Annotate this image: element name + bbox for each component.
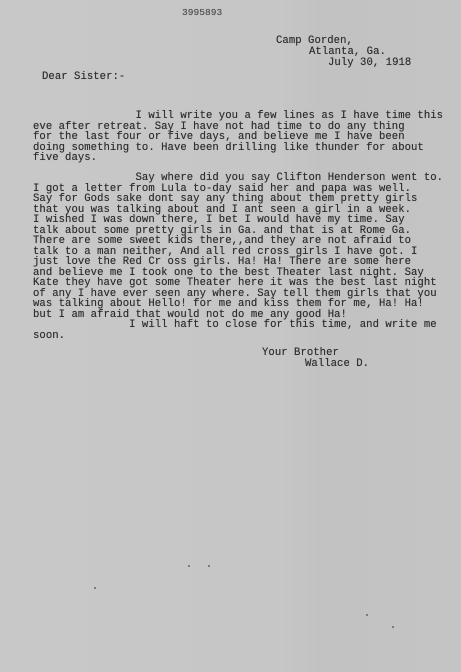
body-line: was talking about Hello! for me and kiss… (33, 299, 424, 310)
signature: Wallace D. (305, 359, 369, 370)
letter-page: 3995893 Camp Gorden, Atlanta, Ga. July 3… (0, 0, 461, 672)
body-line: I will write you a few lines as I have t… (33, 111, 443, 122)
body-line: for the last four or five days, and beli… (33, 132, 405, 143)
paper-speck (94, 587, 96, 589)
paper-speck (392, 626, 394, 628)
paper-speck (188, 565, 190, 567)
body-line: soon. (33, 331, 65, 342)
paper-speck (208, 565, 210, 567)
body-line: five days. (33, 153, 97, 164)
closing-phrase: Your Brother (262, 348, 339, 359)
body-line: Say for Gods sake dont say any thing abo… (33, 194, 417, 205)
body-line: Say where did you say Clifton Henderson … (33, 173, 443, 184)
address-line-city: Atlanta, Ga. (309, 47, 386, 58)
body-line: There are some sweet kids there,,and the… (33, 236, 411, 247)
paper-speck (366, 614, 368, 616)
address-line-camp: Camp Gorden, (276, 36, 353, 47)
body-line: I will haft to close for this time, and … (33, 320, 437, 331)
letter-date: July 30, 1918 (328, 58, 411, 69)
body-line: Kate they have got some Theater here it … (33, 278, 437, 289)
body-line: just love the Red Cr oss girls. Ha! Ha! … (33, 257, 411, 268)
document-number: 3995893 (182, 8, 222, 19)
body-line: I wished I was down there, I bet I would… (33, 215, 405, 226)
salutation: Dear Sister:- (42, 72, 125, 83)
